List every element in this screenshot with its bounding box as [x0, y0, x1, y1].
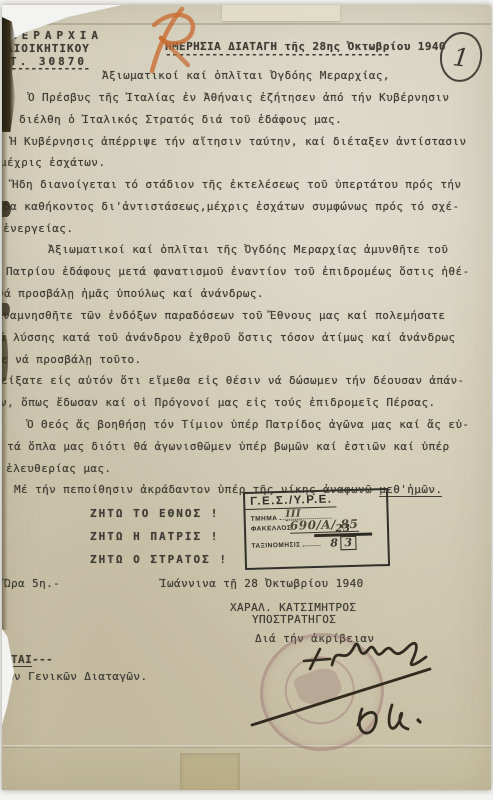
body-line: Ἀναμνησθῆτε τῶν ἐνδόξων παραδόσεων τοῦ Ἔ…: [2, 309, 445, 322]
torn-edge-spot: [2, 201, 11, 217]
paper-sheet: ΜΕΡΑΡΧΙΑ ΔΙΟΙΚΗΤΙΚΟΥ Τ. 30870 ----------…: [2, 5, 491, 790]
body-line: Ἤδη διανοίγεται τό στάδιον τῆς ἐκτελέσεω…: [12, 178, 461, 191]
scanned-document-page: ΜΕΡΑΡΧΙΑ ΔΙΟΙΚΗΤΙΚΟΥ Τ. 30870 ----------…: [0, 0, 493, 800]
torn-edge-white: [2, 629, 14, 725]
fraction-bottom-left: 8: [330, 537, 338, 549]
tape-piece-bottom: [180, 753, 240, 790]
fraction-bottom-right: 3: [340, 535, 357, 549]
slogan-nation: ΖΗΤΩ ΤΟ ΕΘΝΟΣ !: [90, 507, 219, 520]
dateline: Ἰωάννινα τῇ 28 Ὀκτωβρίου 1940: [160, 577, 364, 590]
slogan-fatherland: ΖΗΤΩ Η ΠΑΤΡΙΣ !: [90, 530, 219, 543]
unit-office: ΔΙΟΙΚΗΤΙΚΟΥ: [6, 42, 90, 55]
body-line: λησε νά προσβάλῃ ἡμᾶς ὑπούλως καί ἀνάνδρ…: [2, 287, 264, 300]
top-crease: [2, 23, 491, 25]
distribution-rule: ---: [32, 653, 53, 666]
body-line: Πατρίου ἐδάφους μετά φανατισμοῦ ἐναντίον…: [6, 265, 470, 278]
body-line: μέχρις ἐσχάτων.: [2, 156, 105, 169]
body-line: διον ἐνεργείας.: [2, 222, 73, 235]
salutation: Ἀξιωματικοί καί ὁπλῖται Ὀγδόης Μεραρχίας…: [102, 69, 390, 82]
body-line: Ὁ Θεός ἄς βοηθήσῃ τόν Τίμιον ὑπέρ Πατρίδ…: [27, 418, 469, 431]
page-number-circle: 1: [437, 30, 485, 85]
body-line: ἦλθε νά προσβάλῃ τοῦτο.: [2, 353, 142, 366]
tape-piece-top: [222, 5, 340, 21]
stamp-box-row-taxinomisis: ΤΑΞΙΝΟΜΗΣΙΣ 23 83: [246, 529, 387, 550]
body-line: Ἀξιωματικοί καί ὁπλῖται τῆς Ὀγδόης Μεραρ…: [48, 243, 448, 256]
body-line: Ὁ Πρέσβυς τῆς Ἰταλίας ἐν Ἀθήναις ἐζήτησε…: [28, 91, 449, 104]
distribution-line: τῶν Γενικῶν Διαταγῶν.: [2, 670, 147, 683]
body-line: λογήσῃ τά ὅπλα μας διότι θά ἀγωνισθῶμεν …: [2, 440, 450, 453]
taxinomisis-label: ΤΑΞΙΝΟΜΗΣΙΣ: [251, 541, 300, 549]
torn-edge-spot: [2, 303, 10, 316]
protocol-rule: -------------: [4, 62, 90, 75]
slogan-army: ΖΗΤΩ Ο ΣΤΡΑΤΟΣ !: [90, 553, 228, 566]
closing-underlined: μεθ'ἡμῶν.: [379, 483, 442, 497]
body-line: Πατρίδα καθήκοντος δι'ἀντιστάσεως,μέχρις…: [2, 200, 460, 213]
body-line: τησιν, ὅπως ἔδωσαν καί οἱ Πρόγονοί μας ε…: [2, 396, 436, 409]
body-line: νά διέλθη ὁ Ἰταλικός Στρατός διά τοῦ ἐδά…: [2, 113, 342, 126]
body-line: Δείξατε εἰς αὐτόν ὅτι εἴμεθα εἰς θέσιν ν…: [2, 374, 465, 387]
taxinomisis-handwritten-fraction: 23 83: [314, 523, 373, 550]
torn-edge-spot: [2, 335, 8, 381]
body-line: μετά λύσσης κατά τοῦ ἀνάνδρου ἐχθροῦ ὅστ…: [2, 331, 456, 344]
body-line: Ἡ Κυβέρνησις ἀπέρριψε τήν αἴτησιν ταύτην…: [10, 135, 466, 148]
body-line: τῆς ἐλευθερίας μας.: [2, 462, 111, 475]
handwritten-signature: [240, 617, 475, 762]
time-note: Ὥρα 5η.-: [4, 577, 60, 590]
archive-stamp-box: Γ.Ε.Σ./Υ.Ρ.Ε. ΤΜΗΜΑ ΙΙΙ ΦΑΚΕΛΛΟΣ 690/Α/ …: [243, 488, 390, 570]
pencil-mark-icon: [130, 5, 220, 77]
page-number: 1: [451, 42, 470, 73]
